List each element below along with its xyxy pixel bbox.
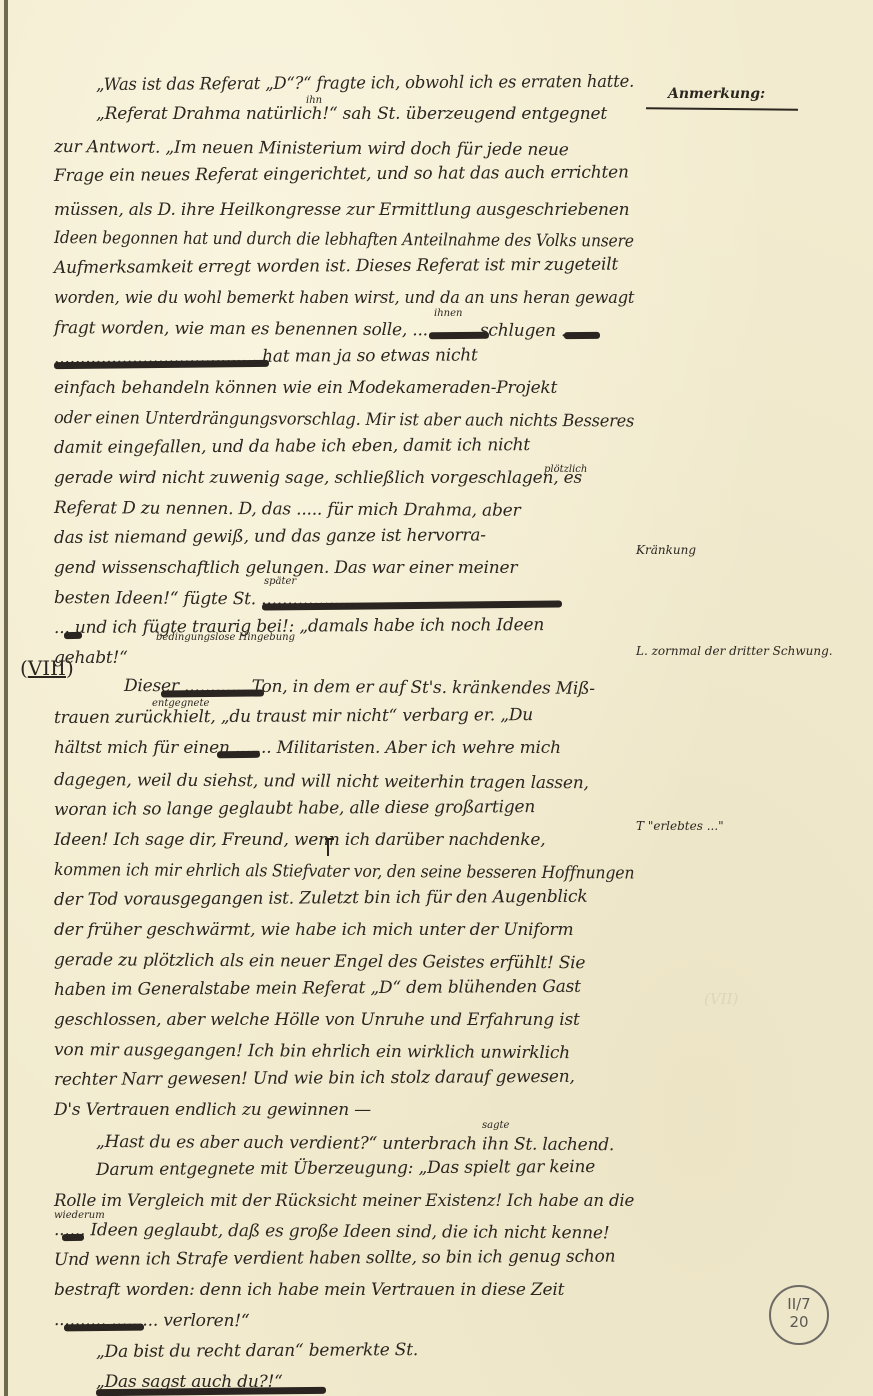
margin-heading-underline bbox=[646, 107, 798, 111]
manuscript-line: Frage ein neues Referat eingerichtet, un… bbox=[54, 162, 629, 186]
manuscript-line: rechter Narr gewesen! Und wie bin ich st… bbox=[54, 1067, 575, 1090]
manuscript-line: Ideen! Ich sage dir, Freund, wenn ich da… bbox=[54, 830, 545, 850]
strikethrough-mark bbox=[217, 751, 260, 758]
manuscript-line: gehabt!“ bbox=[54, 648, 128, 668]
manuscript-line: „Da bist du recht daran“ bemerkte St. bbox=[96, 1340, 418, 1362]
strikethrough-mark bbox=[64, 1324, 144, 1332]
manuscript-line: Darum entgegnete mit Überzeugung: „Das s… bbox=[96, 1157, 595, 1180]
margin-note: T "erlebtes ..." bbox=[636, 819, 724, 833]
interlinear-insertion: ihn bbox=[306, 95, 322, 106]
archive-stamp: II/7 20 bbox=[769, 1285, 829, 1345]
manuscript-line: oder einen Unterdrängungsvorschlag. Mir … bbox=[54, 408, 634, 432]
interlinear-insertion: entgegnete bbox=[152, 698, 209, 709]
manuscript-line: Referat D zu nennen. D, das ..... für mi… bbox=[54, 498, 521, 521]
manuscript-line: gerade zu plötzlich als ein neuer Engel … bbox=[54, 950, 585, 973]
interlinear-insertion: ihnen bbox=[434, 308, 462, 319]
stamp-folio: II/7 bbox=[771, 1295, 827, 1313]
strikethrough-mark bbox=[64, 632, 82, 639]
margin-heading: Anmerkung: bbox=[668, 86, 765, 102]
manuscript-line: kommen ich mir ehrlich als Stiefvater vo… bbox=[54, 860, 634, 884]
manuscript-line: der früher geschwärmt, wie habe ich mich… bbox=[54, 920, 573, 940]
insertion-mark bbox=[327, 838, 329, 856]
strikethrough-mark bbox=[429, 332, 489, 340]
manuscript-line: haben im Generalstabe mein Referat „D“ d… bbox=[54, 977, 581, 1000]
manuscript-line: „Was ist das Referat „D“?“ fragte ich, o… bbox=[96, 72, 634, 95]
interlinear-insertion: wiederum bbox=[54, 1210, 105, 1221]
manuscript-line: müssen, als D. ihre Heilkongresse zur Er… bbox=[54, 200, 629, 220]
manuscript-line: von mir ausgegangen! Ich bin ehrlich ein… bbox=[54, 1040, 570, 1063]
manuscript-line: der Tod vorausgegangen ist. Zuletzt bin … bbox=[54, 887, 588, 910]
manuscript-line: „Referat Drahma natürlich!“ sah St. über… bbox=[96, 104, 607, 124]
manuscript-line: gerade wird nicht zuwenig sage, schließl… bbox=[54, 468, 582, 488]
bleed-through-text: (VII) bbox=[704, 990, 738, 1008]
manuscript-line: D's Vertrauen endlich zu gewinnen — bbox=[54, 1100, 371, 1120]
strikethrough-mark bbox=[96, 1387, 326, 1396]
margin-note: L. zornmal der dritter Schwung. bbox=[636, 644, 833, 658]
manuscript-line: Rolle im Vergleich mit der Rücksicht mei… bbox=[54, 1191, 634, 1211]
manuscript-line: hältst mich für einen ....... Militarist… bbox=[54, 738, 561, 758]
scan-edge bbox=[4, 0, 8, 1396]
manuscript-line: geschlossen, aber welche Hölle von Unruh… bbox=[54, 1010, 580, 1030]
interlinear-insertion: später bbox=[264, 576, 296, 587]
margin-note: Kränkung bbox=[636, 543, 696, 557]
strikethrough-mark bbox=[62, 1234, 84, 1241]
manuscript-page: (VII) Anmerkung: KränkungL. zornmal der … bbox=[4, 0, 873, 1396]
manuscript-line: bestraft worden: denn ich habe mein Vert… bbox=[54, 1280, 564, 1300]
manuscript-line: dagegen, weil du siehst, und will nicht … bbox=[54, 770, 589, 793]
stamp-page: 20 bbox=[789, 1313, 808, 1331]
interlinear-insertion: plötzlich bbox=[544, 464, 587, 475]
manuscript-line: Aufmerksamkeit erregt worden ist. Dieses… bbox=[54, 255, 618, 278]
manuscript-line: woran ich so lange geglaubt habe, alle d… bbox=[54, 797, 535, 820]
manuscript-line: fragt worden, wie man es benennen solle,… bbox=[54, 318, 582, 341]
manuscript-line: Und wenn ich Strafe verdient haben sollt… bbox=[54, 1247, 616, 1270]
manuscript-line: worden, wie du wohl bemerkt haben wirst,… bbox=[54, 288, 634, 308]
manuscript-line: ... und ich fügte traurig bei!: „damals … bbox=[54, 615, 544, 638]
manuscript-line: damit eingefallen, und da habe ich eben,… bbox=[54, 435, 530, 458]
manuscript-line: „Hast du es aber auch verdient?“ unterbr… bbox=[96, 1132, 614, 1155]
manuscript-line: trauen zurückhielt, „du traust mir nicht… bbox=[54, 705, 533, 728]
interlinear-insertion: sagte bbox=[482, 1120, 509, 1131]
strikethrough-mark bbox=[564, 332, 600, 339]
interlinear-insertion: bedingungslose Hingebung bbox=[156, 632, 295, 643]
strikethrough-mark bbox=[161, 689, 264, 697]
manuscript-line: gend wissenschaftlich gelungen. Das war … bbox=[54, 558, 517, 578]
manuscript-line: Ideen begonnen hat und durch die lebhaft… bbox=[54, 228, 634, 252]
manuscript-line: das ist niemand gewiß, und das ganze ist… bbox=[54, 525, 486, 548]
manuscript-line: einfach behandeln können wie ein Modekam… bbox=[54, 378, 557, 398]
strikethrough-mark bbox=[54, 360, 269, 369]
manuscript-line: zur Antwort. „Im neuen Ministerium wird … bbox=[54, 137, 569, 160]
manuscript-line: ...... Ideen geglaubt, daß es große Idee… bbox=[54, 1220, 610, 1243]
